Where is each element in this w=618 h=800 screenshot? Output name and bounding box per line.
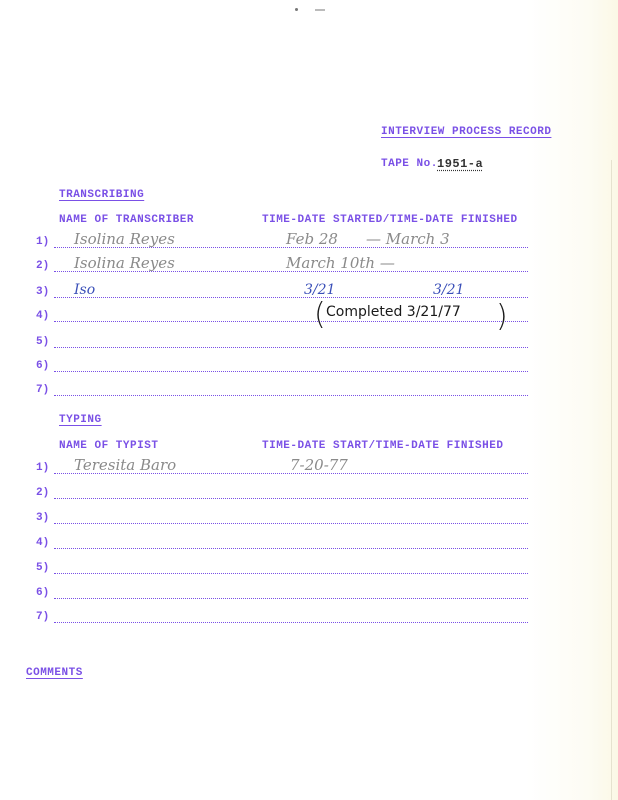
row-number: 6) (36, 360, 49, 372)
form-row: 7) (36, 609, 528, 625)
row-number: 2) (36, 260, 49, 272)
row-number: 5) (36, 336, 49, 348)
tape-label: TAPE No. (381, 158, 438, 170)
row-number: 4) (36, 537, 49, 549)
handwritten-completion-note: Completed 3/21/77 (326, 304, 461, 320)
form-row: 1)Teresita Baro7-20-77 (36, 460, 528, 476)
row-number: 3) (36, 512, 49, 524)
row-number: 2) (36, 487, 49, 499)
transcribing-time-header: TIME-DATE STARTED/TIME-DATE FINISHED (262, 214, 518, 226)
entry-line[interactable] (54, 573, 528, 574)
entry-line[interactable] (54, 598, 528, 599)
scan-mark (315, 9, 325, 11)
form-row: 3)Iso3/213/21 (36, 284, 528, 300)
note-close-paren: ) (496, 299, 508, 334)
handwritten-start-date: 7-20-77 (290, 456, 348, 474)
typing-time-header: TIME-DATE START/TIME-DATE FINISHED (262, 440, 503, 452)
transcribing-heading: TRANSCRIBING (59, 189, 144, 201)
form-row: 7) (36, 382, 528, 398)
entry-line[interactable] (54, 395, 528, 396)
row-number: 7) (36, 384, 49, 396)
row-number: 7) (36, 611, 49, 623)
entry-line[interactable] (54, 321, 528, 322)
entry-line[interactable] (54, 548, 528, 549)
form-row: 4) (36, 535, 528, 551)
entry-line[interactable] (54, 371, 528, 372)
row-number: 4) (36, 310, 49, 322)
note-open-paren: ( (314, 297, 326, 332)
handwritten-name: Iso (74, 282, 95, 298)
typing-heading: TYPING (59, 414, 102, 426)
row-number: 1) (36, 462, 49, 474)
entry-line[interactable] (54, 498, 528, 499)
transcriber-name-header: NAME OF TRANSCRIBER (59, 214, 194, 226)
comments-heading: COMMENTS (26, 667, 83, 679)
handwritten-name: Teresita Baro (74, 456, 176, 474)
row-number: 6) (36, 587, 49, 599)
form-row: 5) (36, 560, 528, 576)
entry-line[interactable] (54, 622, 528, 623)
document-title: INTERVIEW PROCESS RECORD (381, 126, 551, 138)
scan-mark (295, 8, 298, 11)
handwritten-start-date: 3/21 (304, 282, 335, 298)
entry-line[interactable] (54, 523, 528, 524)
handwritten-name: Isolina Reyes (74, 254, 175, 272)
row-number: 3) (36, 286, 49, 298)
form-row: 5) (36, 334, 528, 350)
form-row: 1)Isolina ReyesFeb 28— March 3 (36, 234, 528, 250)
handwritten-start-date: March 10th — (286, 254, 395, 272)
form-row: 2)Isolina ReyesMarch 10th — (36, 258, 528, 274)
row-number: 5) (36, 562, 49, 574)
form-row: 2) (36, 485, 528, 501)
form-row: 6) (36, 585, 528, 601)
page-edge (611, 160, 612, 800)
typist-name-header: NAME OF TYPIST (59, 440, 158, 452)
form-row: 6) (36, 358, 528, 374)
row-number: 1) (36, 236, 49, 248)
handwritten-start-date: Feb 28 (286, 230, 338, 248)
handwritten-finish-date: — March 3 (366, 230, 450, 248)
handwritten-name: Isolina Reyes (74, 230, 175, 248)
tape-number: 1951-a (437, 157, 483, 171)
handwritten-finish-date: 3/21 (433, 282, 464, 298)
form-row: 3) (36, 510, 528, 526)
entry-line[interactable] (54, 347, 528, 348)
form-row: 4)(Completed 3/21/77) (36, 308, 528, 324)
